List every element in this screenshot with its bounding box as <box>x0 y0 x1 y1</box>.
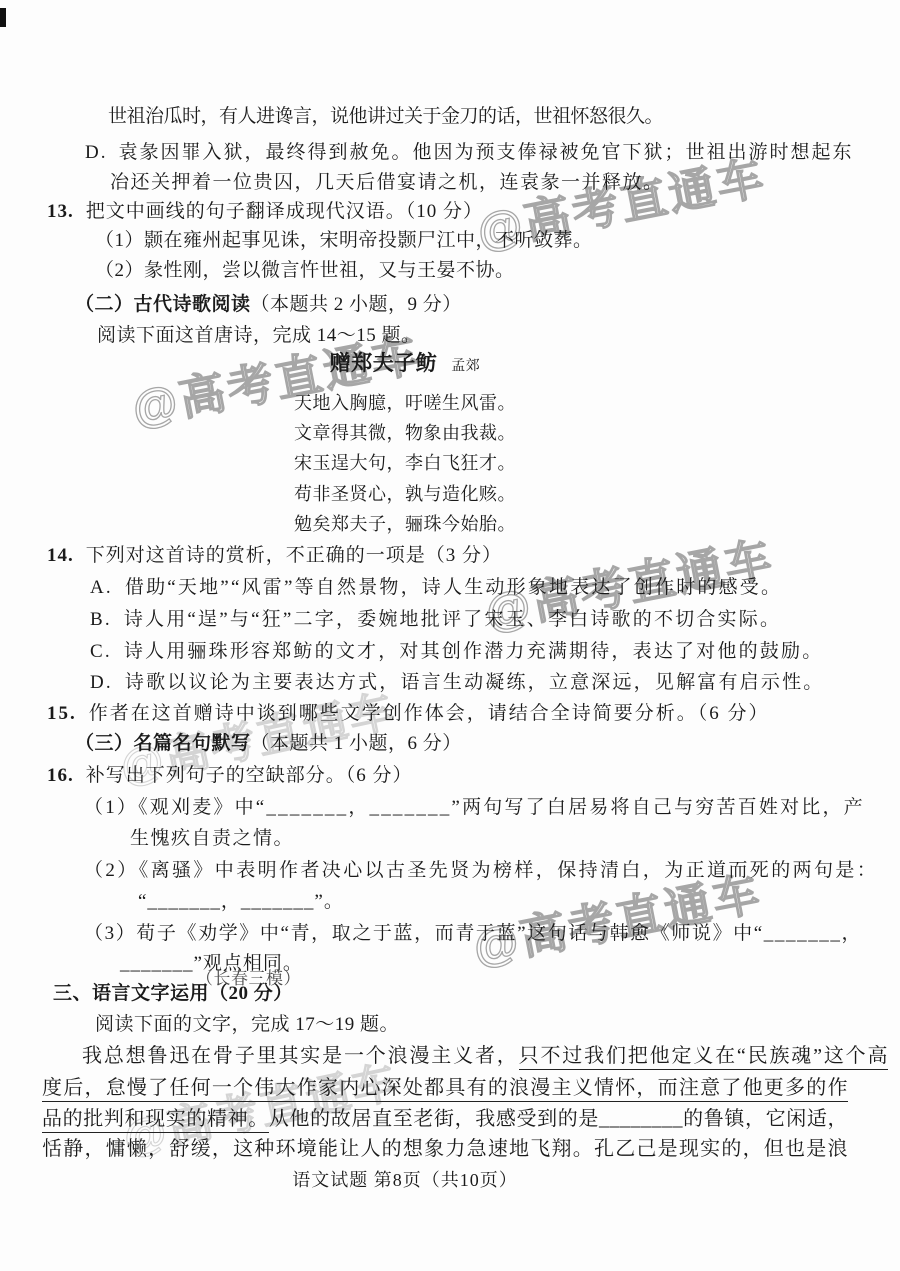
question-14-text: 下列对这首诗的赏析，不正确的一项是（3 分） <box>86 545 502 566</box>
poem-instruction-text: 阅读下面这首唐诗，完成 14～15 题。 <box>97 325 421 346</box>
paragraph-line-3-text: 品的批判和现实的精神。 <box>42 1108 269 1133</box>
option-d-line-1-text: 袁彖因罪入狱，最终得到赦免。他因为预支俸禄被免官下狱；世祖出游时想起东 <box>118 142 853 163</box>
poem-title-text: 孟郊 <box>451 359 480 374</box>
question-16-2-line-1-text: （2）《离骚》中表明作者决心以古圣先贤为榜样，保持清白，为正道而死的两句是： <box>84 860 878 881</box>
question-13-2: （2）彖性刚，尝以微言忤世祖，又与王晏不协。 <box>95 258 515 284</box>
paragraph-line-4-text: 恬静，慵懒，舒缓，这种环境能让人的想象力急速地飞翔。孔乙己是现实的，但也是浪 <box>42 1138 848 1160</box>
source-note-overlay: （长春三模） <box>196 966 301 992</box>
poem-title: 赠郑夫子鲂孟郊 <box>240 350 570 380</box>
section-3-heading: （三）名篇名句默写（本题共 1 小题，6 分） <box>75 731 462 757</box>
poem-line-4: 苟非圣贤心，孰与造化赅。 <box>240 481 570 507</box>
paragraph-line-4: 恬静，慵懒，舒缓，这种环境能让人的想象力急速地飞翔。孔乙己是现实的，但也是浪 <box>42 1136 848 1163</box>
question-13-text: 把文中画线的句子翻译成现代汉语。（10 分） <box>86 201 483 222</box>
option-d-line-1-text: D. <box>85 142 107 163</box>
poem-line-2-text: 文章得其微，物象由我裁。 <box>294 423 516 443</box>
page-footer: 语文试题 第8页（共10页） <box>0 1166 810 1192</box>
passage-tail-line-text: 世祖治瓜时，有人进谗言，说他讲过关于金刀的话，世祖怀怒很久。 <box>108 106 663 127</box>
question-14-option-d: D.诗歌以议论为主要表达方式，语言生动凝练，立意深远，见解富有启示性。 <box>90 670 824 696</box>
passage-tail-line: 世祖治瓜时，有人进谗言，说他讲过关于金刀的话，世祖怀怒很久。 <box>108 104 663 130</box>
poem-line-3-text: 宋玉逞大句，李白飞狂才。 <box>294 453 516 473</box>
option-d-line-1: D.袁彖因罪入狱，最终得到赦免。他因为预支俸禄被免官下狱；世祖出游时想起东 <box>85 140 854 166</box>
reading-17-instruction-text: 阅读下面的文字，完成 17～19 题。 <box>95 1014 399 1035</box>
question-16-text: 16. <box>47 765 74 786</box>
poem-instruction: 阅读下面这首唐诗，完成 14～15 题。 <box>97 323 421 349</box>
question-14-option-c-text: C. <box>90 641 112 662</box>
question-13-2-text: （2）彖性刚，尝以微言忤世祖，又与王晏不协。 <box>95 260 515 281</box>
question-14-option-b-text: 诗人用“逞”与“狂”二字，委婉地批评了宋玉、李白诗歌的不切合实际。 <box>124 609 781 630</box>
section-three-heading-text: 三、语言文字运用 <box>53 983 209 1004</box>
question-16-1-line-1: （1）《观刈麦》中“_______，_______”两句写了白居易将自己与穷苦百… <box>84 795 865 821</box>
option-d-line-2-text: 冶还关押着一位贵囚，几天后借宴请之机，连袁彖一并释放。 <box>110 172 664 193</box>
question-16-3-line-1: （3）荀子《劝学》中“青，取之于蓝，而青于蓝”这句话与韩愈《师说》中“_____… <box>84 921 862 947</box>
question-13-text: 13. <box>47 201 74 222</box>
paragraph-line-1-text: 只不过我们把他定义在“民族魂”这个高 <box>519 1045 888 1070</box>
paragraph-line-3: 品的批判和现实的精神。从他的故居直至老街，我感受到的是________的鲁镇，它… <box>42 1106 848 1133</box>
question-16-3-line-1-text: （3）荀子《劝学》中“青，取之于蓝，而青于蓝”这句话与韩愈《师说》中“_____… <box>84 923 862 944</box>
section-3-heading-text: （本题共 1 小题，6 分） <box>251 733 462 754</box>
question-14-option-c-text: 诗人用骊珠形容郑鲂的文才，对其创作潜力充满期待，表达了对他的鼓励。 <box>124 641 824 662</box>
question-13: 13.把文中画线的句子翻译成现代汉语。（10 分） <box>47 199 483 225</box>
poem-line-1-text: 天地入胸臆，吁嗟生风雷。 <box>294 393 516 413</box>
paragraph-line-3-text: 从他的故居直至老街，我感受到的是________的鲁镇，它闲适， <box>269 1108 848 1130</box>
poem-title-text: 赠郑夫子鲂 <box>330 351 438 375</box>
question-16-2-line-1: （2）《离骚》中表明作者决心以古圣先贤为榜样，保持清白，为正道而死的两句是： <box>84 858 878 884</box>
paragraph-line-1-text: 我总想鲁迅在骨子里其实是一个浪漫主义者， <box>82 1045 519 1067</box>
poem-line-3: 宋玉逞大句，李白飞狂才。 <box>240 450 570 476</box>
section-2-heading: （二）古代诗歌阅读（本题共 2 小题，9 分） <box>75 292 462 318</box>
question-14-option-d-text: 诗歌以议论为主要表达方式，语言生动凝练，立意深远，见解富有启示性。 <box>125 672 825 693</box>
paragraph-line-2: 度后，怠慢了任何一个伟大作家内心深处都具有的浪漫主义情怀，而注意了他更多的作 <box>42 1075 848 1102</box>
poem-line-2: 文章得其微，物象由我裁。 <box>240 420 570 446</box>
question-16-2-line-2-text: “_______，_______”。 <box>138 891 344 912</box>
question-16-1-line-1-text: （1）《观刈麦》中“_______，_______”两句写了白居易将自己与穷苦百… <box>84 797 865 818</box>
question-15: 15.作者在这首赠诗中谈到哪些文学创作体会，请结合全诗简要分析。（6 分） <box>47 701 770 727</box>
question-16-2-line-2: “_______，_______”。 <box>138 889 344 915</box>
source-note-overlay-text: （长春三模） <box>196 969 301 988</box>
question-14-option-b: B.诗人用“逞”与“狂”二字，委婉地批评了宋玉、李白诗歌的不切合实际。 <box>90 607 781 633</box>
question-14: 14.下列对这首诗的赏析，不正确的一项是（3 分） <box>47 543 502 569</box>
question-15-text: 作者在这首赠诗中谈到哪些文学创作体会，请结合全诗简要分析。（6 分） <box>89 703 770 724</box>
scan-corner-mark <box>0 8 6 27</box>
question-14-option-d-text: D. <box>90 672 113 693</box>
poem-line-4-text: 苟非圣贤心，孰与造化赅。 <box>294 484 516 504</box>
question-16: 16.补写出下列句子的空缺部分。（6 分） <box>47 763 413 789</box>
poem-line-5: 勉矣郑夫子，骊珠今始胎。 <box>240 511 570 537</box>
question-15-text: 15. <box>47 703 77 724</box>
section-2-heading-text: （本题共 2 小题，9 分） <box>251 294 462 315</box>
poem-line-5-text: 勉矣郑夫子，骊珠今始胎。 <box>294 514 516 534</box>
question-16-1-line-2: 生愧疚自责之情。 <box>130 826 294 852</box>
question-14-text: 14. <box>47 545 74 566</box>
question-13-1-text: （1）颢在雍州起事见诛，宋明帝投颢尸江中，不听敛葬。 <box>95 230 593 251</box>
paragraph-line-2-text: 度后，怠慢了任何一个伟大作家内心深处都具有的浪漫主义情怀，而注意了他更多的作 <box>42 1077 848 1102</box>
option-d-line-2: 冶还关押着一位贵囚，几天后借宴请之机，连袁彖一并释放。 <box>110 170 664 196</box>
question-14-option-a-text: 借助“天地”“风雷”等自然景物，诗人生动形象地表达了创作时的感受。 <box>125 577 782 598</box>
question-14-option-a-text: A. <box>90 577 113 598</box>
section-3-heading-text: （三）名篇名句默写 <box>75 733 251 754</box>
section-2-heading-text: （二）古代诗歌阅读 <box>75 294 251 315</box>
reading-17-instruction: 阅读下面的文字，完成 17～19 题。 <box>95 1012 399 1038</box>
exam-page: @高考直通车@高考直通车@高考直通车@高考直通车@高考直通车@高考直通车 世祖治… <box>0 0 900 1271</box>
question-14-option-b-text: B. <box>90 609 112 630</box>
question-16-text: 补写出下列句子的空缺部分。（6 分） <box>86 765 413 786</box>
question-13-1: （1）颢在雍州起事见诛，宋明帝投颢尸江中，不听敛葬。 <box>95 228 593 254</box>
paragraph-line-1: 我总想鲁迅在骨子里其实是一个浪漫主义者，只不过我们把他定义在“民族魂”这个高 <box>42 1043 888 1070</box>
question-16-1-line-2-text: 生愧疚自责之情。 <box>130 828 294 849</box>
poem-line-1: 天地入胸臆，吁嗟生风雷。 <box>240 390 570 416</box>
question-14-option-a: A.借助“天地”“风雷”等自然景物，诗人生动形象地表达了创作时的感受。 <box>90 575 782 601</box>
question-14-option-c: C.诗人用骊珠形容郑鲂的文才，对其创作潜力充满期待，表达了对他的鼓励。 <box>90 639 823 665</box>
